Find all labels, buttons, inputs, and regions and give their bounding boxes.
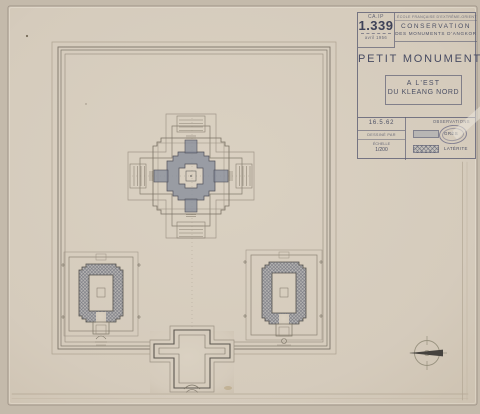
scale-value: 1/200: [358, 146, 405, 153]
info-column: 16.5.62 DESSINÉ PAR ÉCHELLE 1/200: [358, 117, 406, 160]
subtitle-line-1: A L'EST: [386, 80, 461, 87]
organization-name-1: CONSERVATION: [395, 23, 477, 30]
sheet-ref-cell: CA.IP 1.339 avril 1956: [358, 13, 395, 48]
south-gate: [150, 326, 234, 393]
scale-label: ÉCHELLE: [358, 140, 405, 146]
laterite-label: LATÉRITE: [444, 146, 468, 151]
scanned-plan-sheet: CA.IP 1.339 avril 1956 ÉCOLE FRANÇAISE D…: [0, 0, 480, 414]
subtitle-line-2: DU KLEANG NORD: [386, 89, 461, 96]
drawn-by-label: DESSINÉ PAR: [358, 131, 405, 140]
organization-top-line: ÉCOLE FRANÇAISE D'EXTRÊME-ORIENT: [395, 13, 477, 21]
laterite-swatch: [413, 145, 439, 153]
organization-cell: ÉCOLE FRANÇAISE D'EXTRÊME-ORIENT CONSERV…: [395, 13, 477, 42]
sheet-number: 1.339: [358, 20, 394, 32]
observations-label: OBSERVATIONS: [433, 119, 470, 124]
sheet-note: avril 1956: [358, 34, 394, 40]
legend-row-laterite: LATÉRITE: [413, 144, 473, 153]
subtitle-box: A L'EST DU KLEANG NORD: [385, 75, 462, 105]
sheet-ref-label: CA.IP: [358, 13, 394, 20]
organization-name-2: DES MONUMENTS D'ANGKOR: [395, 31, 477, 36]
sandstone-swatch: [413, 130, 439, 138]
drawing-date: 16.5.62: [358, 117, 405, 131]
title-block: CA.IP 1.339 avril 1956 ÉCOLE FRANÇAISE D…: [357, 12, 476, 159]
drawing-title: PETIT MONUMENT: [358, 53, 475, 65]
